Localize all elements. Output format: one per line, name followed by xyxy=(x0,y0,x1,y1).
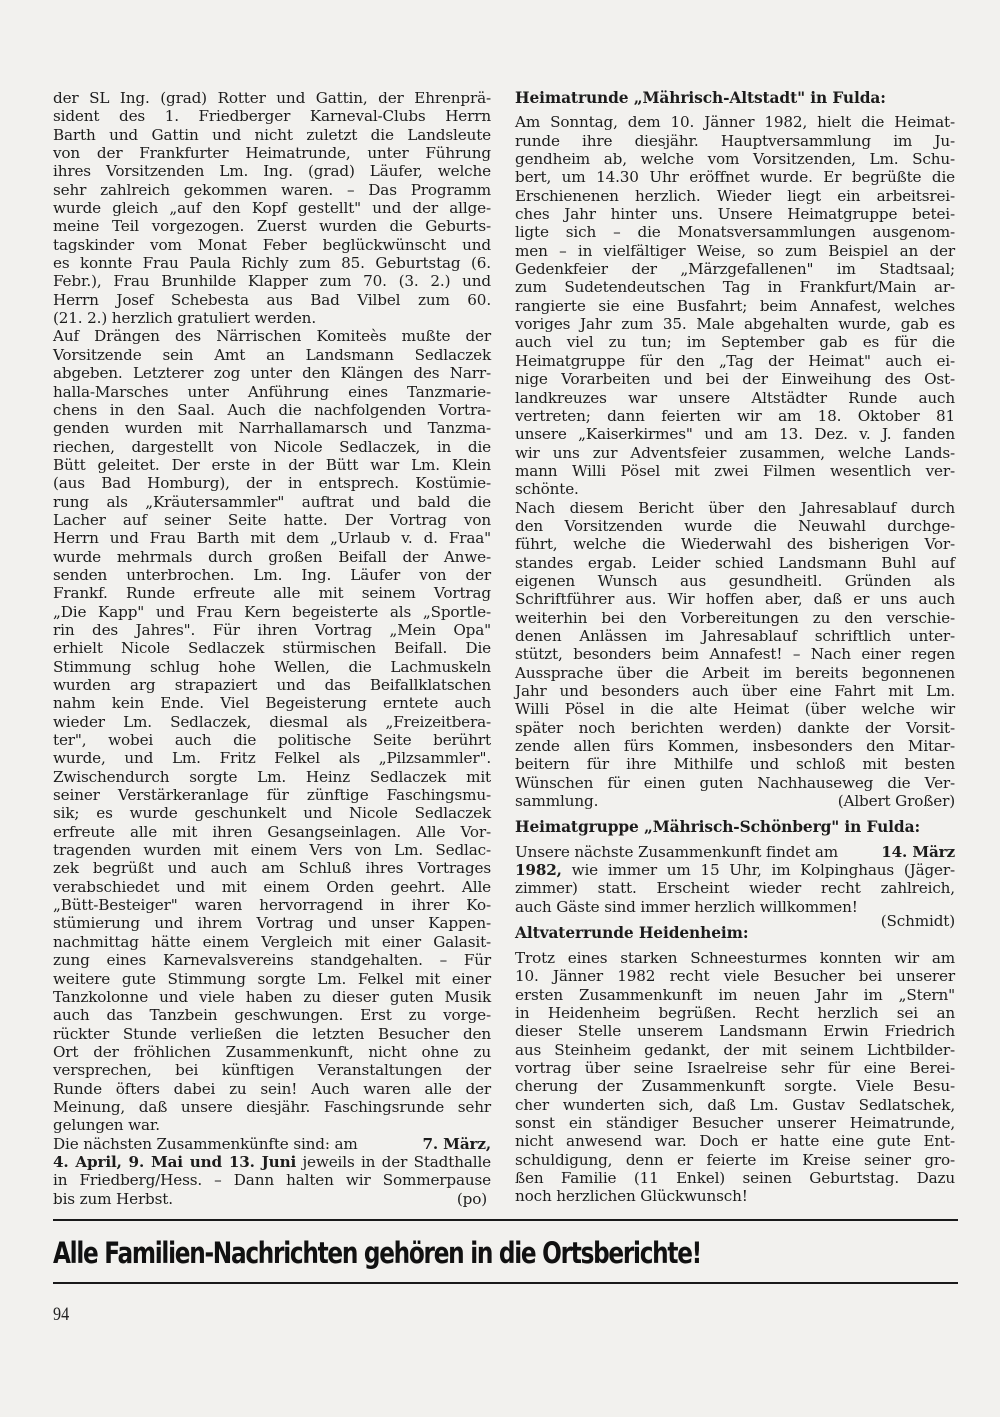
closing-dates-bold: 4. April, 9. Mai und 13. Juni xyxy=(53,1153,296,1171)
text-line: wurden arg strapaziert und das Beifallkl… xyxy=(53,676,491,694)
text-line: Am Sonntag, dem 10. Jänner 1982, hielt d… xyxy=(515,113,955,131)
text-line: noch herzlichen Glückwunsch! xyxy=(515,1187,955,1205)
banner-notice: Alle Familien-Nachrichten gehören in die… xyxy=(53,1228,777,1278)
text-line: nicht anwesend war. Doch er hatte eine g… xyxy=(515,1132,955,1150)
text-line: dieser Stelle unserem Landsmann Erwin Fr… xyxy=(515,1022,955,1040)
text-line: in Heidenheim begrüßen. Recht herzlich s… xyxy=(515,1004,955,1022)
text-line: cherung der Zusammenkunft sorgte. Viele … xyxy=(515,1077,955,1095)
text-line: sident des 1. Friedberger Karneval-Clubs… xyxy=(53,107,491,125)
text-line: Nach diesem Bericht über den Jahresablau… xyxy=(515,499,955,517)
text-line: cher wunderten sich, daß Lm. Gustav Sedl… xyxy=(515,1096,955,1114)
text-line: von der Frankfurter Heimatrunde, unter F… xyxy=(53,144,491,162)
text-line: vortrag über seine Israelreise sehr für … xyxy=(515,1059,955,1077)
text-line: Erschienenen herzlich. Wieder liegt ein … xyxy=(515,187,955,205)
text-line: erhielt Nicole Sedlaczek stürmischen Bei… xyxy=(53,639,491,657)
section-heading: Heimatgruppe „Mährisch-Schönberg" in Ful… xyxy=(515,818,955,836)
text-line: führt, welche die Wiederwahl des bisheri… xyxy=(515,535,955,553)
text-line: standes ergab. Leider schied Landsmann B… xyxy=(515,554,955,572)
text-line: denen Anlässen im Jahresablauf schriftli… xyxy=(515,627,955,645)
right-column: Heimatrunde „Mährisch-Altstadt" in Fulda… xyxy=(515,89,955,1206)
section-line: Unsere nächste Zusammenkunft findet am 1… xyxy=(515,843,955,861)
text-line: Trotz eines starken Schneesturmes konnte… xyxy=(515,949,955,967)
meeting-year-bold: 1982, xyxy=(515,861,562,879)
text-line: chens in den Saal. Auch die nachfolgende… xyxy=(53,401,491,419)
text-line: zek begrüßt und auch am Schluß ihres Vor… xyxy=(53,859,491,877)
closing-text: bis zum Herbst. xyxy=(53,1190,173,1208)
text-line: tagskinder vom Monat Feber beglückwünsch… xyxy=(53,236,491,254)
text-line: rung als „Kräutersammler" auftrat und ba… xyxy=(53,493,491,511)
section-body: Trotz eines starken Schneesturmes konnte… xyxy=(515,949,955,1206)
text-line: runde ihre diesjähr. Hauptversammlung im… xyxy=(515,132,955,150)
text-line: Schriftführer aus. Wir hoffen aber, daß … xyxy=(515,590,955,608)
closing-line-2: 4. April, 9. Mai und 13. Juni jeweils in… xyxy=(53,1153,491,1171)
text-line: wurde mehrmals durch großen Beifall der … xyxy=(53,548,491,566)
text-line: sehr zahlreich gekommen waren. – Das Pro… xyxy=(53,181,491,199)
text-line: Bütt geleitet. Der erste in der Bütt war… xyxy=(53,456,491,474)
section-heading: Heimatrunde „Mährisch-Altstadt" in Fulda… xyxy=(515,89,955,107)
text-line: ßen Familie (11 Enkel) seinen Geburtstag… xyxy=(515,1169,955,1187)
text-line: Herrn und Frau Barth mit dem „Urlaub v. … xyxy=(53,529,491,547)
text-line: Barth und Gattin und nicht zuletzt die L… xyxy=(53,126,491,144)
text-line: beitern für ihre Mithilfe und schloß mit… xyxy=(515,755,955,773)
text-line: Jahr und besonders auch über eine Fahrt … xyxy=(515,682,955,700)
text-line: zimmer) statt. Erscheint wieder recht za… xyxy=(515,879,955,897)
text-line: nahm kein Ende. Viel Begeisterung erntet… xyxy=(53,694,491,712)
body-text: sammlung. xyxy=(515,792,598,810)
text-line: Runde öfters dabei zu sein! Auch waren a… xyxy=(53,1080,491,1098)
meeting-date-bold: 14. März xyxy=(881,843,955,861)
text-line: auch das Tanzbein geschwungen. Erst zu v… xyxy=(53,1006,491,1024)
text-line: landkreuzes war unsere Altstädter Runde … xyxy=(515,389,955,407)
text-line: versprechen, bei künftigen Veranstaltung… xyxy=(53,1061,491,1079)
text-line: senden unterbrochen. Lm. Ing. Läufer von… xyxy=(53,566,491,584)
text-line: mann Willi Pösel mit zwei Filmen wesentl… xyxy=(515,462,955,480)
text-line: (21. 2.) herzlich gratuliert werden. xyxy=(53,309,491,327)
text-line: wurde, und Lm. Fritz Felkel als „Pilzsam… xyxy=(53,749,491,767)
text-line: Vorsitzende sein Amt an Landsmann Sedlac… xyxy=(53,346,491,364)
text-line: der SL Ing. (grad) Rotter und Gattin, de… xyxy=(53,89,491,107)
closing-text: jeweils in der Stadthalle xyxy=(296,1153,491,1171)
body-text: wie immer um 15 Uhr, im Kolpinghaus (Jäg… xyxy=(562,861,955,879)
text-line: nachmittag hätte einem Vergleich mit ein… xyxy=(53,933,491,951)
text-line: 10. Jänner 1982 recht viele Besucher bei… xyxy=(515,967,955,985)
text-line: rückter Stunde verließen die letzten Bes… xyxy=(53,1025,491,1043)
text-line: Gedenkfeier der „Märzgefallenen" im Stad… xyxy=(515,260,955,278)
text-line: riechen, dargestellt von Nicole Sedlacze… xyxy=(53,438,491,456)
text-line: voriges Jahr zum 35. Male abgehalten wur… xyxy=(515,315,955,333)
text-line: eigenen Wunsch aus gesundheitl. Gründen … xyxy=(515,572,955,590)
closing-date-bold: 7. März, xyxy=(422,1135,491,1153)
text-line: Tanzkolonne und viele haben zu dieser gu… xyxy=(53,988,491,1006)
text-line: sonst ein ständiger Besucher unserer Hei… xyxy=(515,1114,955,1132)
text-line: Frankf. Runde erfreute alle mit seinem V… xyxy=(53,584,491,602)
closing-text: Die nächsten Zusammenkünfte sind: am xyxy=(53,1135,358,1153)
text-line: zum Sudetendeutschen Tag in Frankfurt/Ma… xyxy=(515,278,955,296)
text-line: zung eines Karnevalsvereins standgehalte… xyxy=(53,951,491,969)
banner-top-rule xyxy=(53,1219,958,1221)
text-line: abgeben. Letzterer zog unter den Klängen… xyxy=(53,364,491,382)
text-line: vertreten; dann feierten wir am 18. Okto… xyxy=(515,407,955,425)
text-line: Herrn Josef Schebesta aus Bad Vilbel zum… xyxy=(53,291,491,309)
text-line: auch viel zu tun; im September gab es fü… xyxy=(515,333,955,351)
text-line: Lacher auf seiner Seite hatte. Der Vortr… xyxy=(53,511,491,529)
text-line: bert, um 14.30 Uhr eröffnet wurde. Er be… xyxy=(515,168,955,186)
section-last-line: sammlung. (Albert Großer) xyxy=(515,792,955,810)
text-line: Aussprache über die Arbeit im bereits be… xyxy=(515,664,955,682)
text-line: „Die Kapp" und Frau Kern begeisterte als… xyxy=(53,603,491,621)
text-line: rangierte sie eine Busfahrt; beim Annafe… xyxy=(515,297,955,315)
body-text: Unsere nächste Zusammenkunft findet am xyxy=(515,843,838,861)
text-line: weitere gute Stimmung sorgte Lm. Felkel … xyxy=(53,970,491,988)
page-number: 94 xyxy=(53,1304,69,1326)
text-line: rin des Jahres". Für ihren Vortrag „Mein… xyxy=(53,621,491,639)
text-line: sik; es wurde geschunkelt und Nicole Sed… xyxy=(53,804,491,822)
text-line: unsere „Kaiserkirmes" und am 13. Dez. v.… xyxy=(515,425,955,443)
text-line: stümierung und ihrem Vortrag und unser K… xyxy=(53,914,491,932)
closing-line-1: Die nächsten Zusammenkünfte sind: am 7. … xyxy=(53,1135,491,1153)
author-signature: (Albert Großer) xyxy=(838,792,955,810)
text-line: Wünschen für einen guten Nachhauseweg di… xyxy=(515,774,955,792)
text-line: Willi Pösel in die alte Heimat (über wel… xyxy=(515,700,955,718)
document-page: der SL Ing. (grad) Rotter und Gattin, de… xyxy=(0,0,1000,1417)
text-line: ches Jahr hinter uns. Unsere Heimatgrupp… xyxy=(515,205,955,223)
text-line: Stimmung schlug hohe Wellen, die Lachmus… xyxy=(53,658,491,676)
banner-bottom-rule xyxy=(53,1282,958,1284)
text-line: genden wurden mit Narrhallamarsch und Ta… xyxy=(53,419,491,437)
text-line: wieder Lm. Sedlaczek, diesmal als „Freiz… xyxy=(53,713,491,731)
text-line: tragenden wurden mit einem Vers von Lm. … xyxy=(53,841,491,859)
text-line: später noch berichten werden) dankte der… xyxy=(515,719,955,737)
text-line: Ort der fröhlichen Zusammenkunft, nicht … xyxy=(53,1043,491,1061)
text-line: Auf Drängen des Närrischen Komiteès mußt… xyxy=(53,327,491,345)
text-line: seiner Verstärkeranlage für zünftige Fas… xyxy=(53,786,491,804)
text-line: ihres Vorsitzenden Lm. Ing. (grad) Läufe… xyxy=(53,162,491,180)
text-line: wurde gleich „auf den Kopf gestellt" und… xyxy=(53,199,491,217)
closing-line-3: in Friedberg/Hess. – Dann halten wir Som… xyxy=(53,1171,491,1189)
text-line: aus Steinheim gedankt, der mit seinem Li… xyxy=(515,1041,955,1059)
text-line: (aus Bad Homburg), der in entsprech. Kos… xyxy=(53,474,491,492)
text-line: weiterhin bei den Vorbereitungen zu den … xyxy=(515,609,955,627)
text-line: zende allen fürs Kommen, insbesonders de… xyxy=(515,737,955,755)
text-line: stützt, besonders beim Annafest! – Nach … xyxy=(515,645,955,663)
section-altvaterrunde-heidenheim: Altvaterrunde Heidenheim: Trotz eines st… xyxy=(515,924,955,1205)
text-line: Febr.), Frau Brunhilde Klapper zum 70. (… xyxy=(53,272,491,290)
section-maehrisch-altstadt: Heimatrunde „Mährisch-Altstadt" in Fulda… xyxy=(515,89,955,810)
text-line: ter", wobei auch die politische Seite be… xyxy=(53,731,491,749)
text-line: schönte. xyxy=(515,480,955,498)
carnival-report-body: der SL Ing. (grad) Rotter und Gattin, de… xyxy=(53,89,491,1135)
author-signature: (po) xyxy=(457,1190,491,1208)
left-column: der SL Ing. (grad) Rotter und Gattin, de… xyxy=(53,89,491,1208)
text-line: halla-Marsches unter Anführung eines Tan… xyxy=(53,383,491,401)
section-maehrisch-schoenberg: Heimatgruppe „Mährisch-Schönberg" in Ful… xyxy=(515,818,955,930)
text-line: verabschiedet und mit einem Orden geehrt… xyxy=(53,878,491,896)
text-line: schuldigung, denn er feierte im Kreise s… xyxy=(515,1151,955,1169)
text-line: es konnte Frau Paula Richly zum 85. Gebu… xyxy=(53,254,491,272)
text-line: nige Vorarbeiten und bei der Einweihung … xyxy=(515,370,955,388)
text-line: Meinung, daß unsere diesjähr. Faschingsr… xyxy=(53,1098,491,1116)
text-line: Heimatgruppe für den „Tag der Heimat" au… xyxy=(515,352,955,370)
text-line: men – in vielfältiger Weise, so zum Beis… xyxy=(515,242,955,260)
text-line: „Bütt-Besteiger" waren hervorragend in i… xyxy=(53,896,491,914)
text-line: ersten Zusammenkunft im neuen Jahr im „S… xyxy=(515,986,955,1004)
section-body: Am Sonntag, dem 10. Jänner 1982, hielt d… xyxy=(515,113,955,792)
closing-line-4: bis zum Herbst. (po) xyxy=(53,1190,491,1208)
text-line: den Vorsitzenden wurde die Neuwahl durch… xyxy=(515,517,955,535)
section-line: 1982, wie immer um 15 Uhr, im Kolpinghau… xyxy=(515,861,955,879)
text-line: Zwischendurch sorgte Lm. Heinz Sedlaczek… xyxy=(53,768,491,786)
text-line: ligte sich – die Monatsversammlungen aus… xyxy=(515,223,955,241)
text-line: meine Teil vorgezogen. Zuerst wurden die… xyxy=(53,217,491,235)
section-body: zimmer) statt. Erscheint wieder recht za… xyxy=(515,879,955,916)
text-line: gendheim ab, welche vom Vorsitzenden, Lm… xyxy=(515,150,955,168)
text-line: gelungen war. xyxy=(53,1116,491,1134)
text-line: wir uns zur Adventsfeier zusammen, welch… xyxy=(515,444,955,462)
text-line: erfreute alle mit ihren Gesangseinlagen.… xyxy=(53,823,491,841)
